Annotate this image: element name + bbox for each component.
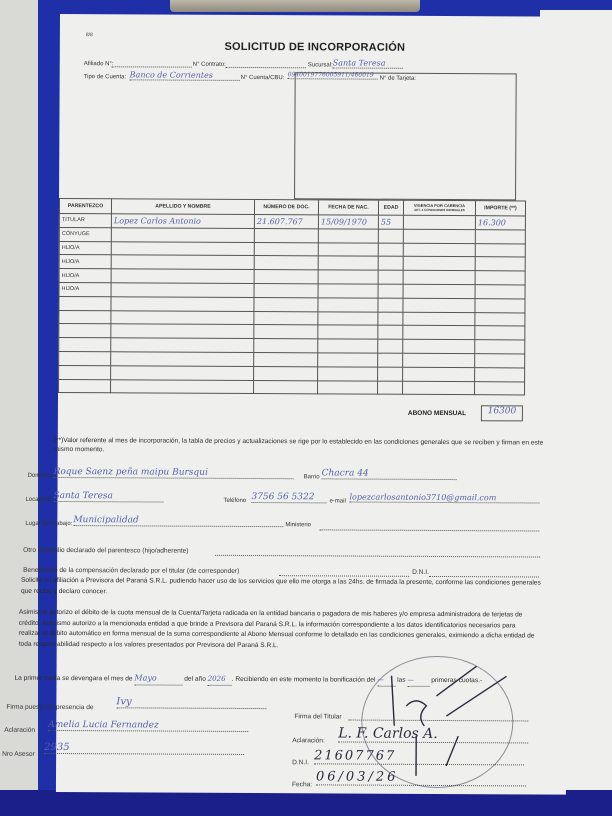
cuota-mes-field[interactable]: Mayo xyxy=(134,673,182,685)
barrio-label: Barrio xyxy=(304,474,320,480)
cell-fecha_nac[interactable] xyxy=(318,380,378,394)
cell-parentezco: TITULAR xyxy=(59,213,111,227)
sucursal-label: Sucursal: xyxy=(308,62,333,68)
cell-importe[interactable] xyxy=(475,381,525,395)
form-title: SOLICITUD DE INCORPORACIÓN xyxy=(60,40,570,55)
cell-parentezco xyxy=(59,296,111,310)
cell-vigencia[interactable] xyxy=(403,298,475,312)
cell-importe[interactable] xyxy=(475,271,525,285)
cell-nombre[interactable]: Lopez Carlos Antonio xyxy=(111,214,254,229)
table-row xyxy=(59,379,525,395)
abono-value[interactable]: 16300 xyxy=(481,405,523,421)
cell-nombre[interactable] xyxy=(111,379,254,394)
cell-parentezco xyxy=(59,379,111,393)
cell-importe[interactable] xyxy=(475,229,525,243)
contrato-field[interactable] xyxy=(226,67,306,68)
cell-importe[interactable] xyxy=(475,340,525,354)
abono-label: ABONO MENSUAL xyxy=(408,410,466,417)
beneficiario-dni-label: D.N.I. xyxy=(412,569,429,576)
photo-box xyxy=(294,72,517,200)
cell-edad[interactable] xyxy=(378,257,403,271)
page-marker: 8/8 xyxy=(86,32,93,38)
cell-fecha_nac[interactable] xyxy=(318,229,378,243)
cell-doc[interactable] xyxy=(254,380,318,394)
cell-nombre[interactable] xyxy=(111,366,254,381)
dni-label: D.N.I. xyxy=(292,759,309,766)
cell-vigencia[interactable] xyxy=(403,215,475,229)
cuota-text-1: La primer cuota se devengara el mes de xyxy=(15,675,133,683)
cell-doc[interactable] xyxy=(254,339,318,353)
cell-fecha_nac[interactable] xyxy=(318,284,378,298)
localidad-field[interactable]: Santa Teresa xyxy=(53,491,163,503)
cell-parentezco xyxy=(59,324,111,338)
trabajo-field[interactable]: Municipalidad xyxy=(73,515,283,527)
cell-doc[interactable] xyxy=(254,256,318,270)
cell-doc[interactable] xyxy=(254,242,318,256)
cell-edad[interactable] xyxy=(378,367,403,381)
cell-parentezco xyxy=(59,351,111,365)
cell-edad[interactable] xyxy=(378,339,403,353)
cell-doc[interactable] xyxy=(254,284,318,298)
cuota-text-2: del año xyxy=(184,676,206,683)
afiliado-label: Afiliado N°: xyxy=(84,61,114,67)
footnote: (**)Valor referente al mes de incorporac… xyxy=(54,436,544,457)
col-fecha-nac: FECHA DE NAC. xyxy=(318,200,378,215)
cell-nombre[interactable] xyxy=(111,352,254,367)
cell-nombre[interactable] xyxy=(111,338,254,353)
domicilio-label: Domicilio xyxy=(28,473,52,479)
cell-doc[interactable]: 21.607.767 xyxy=(254,215,318,229)
cell-importe[interactable] xyxy=(475,367,525,381)
email-label: e-mail xyxy=(329,498,345,504)
titular-signature-icon xyxy=(356,656,557,797)
otro-domicilio-field[interactable] xyxy=(215,555,540,558)
cell-parentezco: HIJO/A xyxy=(59,241,111,255)
cell-vigencia[interactable] xyxy=(403,339,475,353)
cell-vigencia[interactable] xyxy=(403,353,475,367)
asesor-label: Nro Asesor xyxy=(2,751,35,758)
cell-fecha_nac[interactable] xyxy=(318,298,378,312)
cell-doc[interactable] xyxy=(254,325,318,339)
cell-vigencia[interactable] xyxy=(403,312,475,326)
col-vigencia-label: VIGENCIA POR CARENCIA xyxy=(414,202,465,207)
col-nombre: APELLIDO Y NOMBRE xyxy=(111,199,254,215)
aclaracion-left-label: Aclaración xyxy=(4,727,35,734)
cell-parentezco: CÓNYUGE xyxy=(59,227,111,241)
col-importe: IMPORTE (**) xyxy=(475,201,525,216)
cell-importe[interactable] xyxy=(475,257,525,271)
cell-nombre[interactable] xyxy=(111,255,254,270)
family-table: PARENTEZCO APELLIDO Y NOMBRE NÚMERO DE D… xyxy=(58,198,526,396)
cell-parentezco: HIJO/A xyxy=(59,269,111,283)
cell-edad[interactable] xyxy=(378,284,403,298)
cell-importe[interactable]: 16.300 xyxy=(475,216,525,230)
tipo-cuenta-label: Tipo de Cuenta: xyxy=(84,74,127,80)
col-edad: EDAD xyxy=(378,200,403,215)
cell-importe[interactable] xyxy=(475,298,525,312)
cell-fecha_nac[interactable] xyxy=(318,311,378,325)
clipboard-clip xyxy=(170,0,420,12)
cell-fecha_nac[interactable]: 15/09/1970 xyxy=(318,215,378,229)
cell-edad[interactable] xyxy=(378,270,403,284)
presencia-field[interactable]: Ivy xyxy=(116,696,266,709)
cell-edad[interactable] xyxy=(378,381,403,395)
cell-doc[interactable] xyxy=(254,366,318,380)
asesor-field[interactable]: 2935 xyxy=(44,742,244,755)
cuota-text-3: . Recibiendo en este momento la bonifica… xyxy=(232,676,376,684)
cell-edad[interactable] xyxy=(378,312,403,326)
cell-doc[interactable] xyxy=(254,270,318,284)
cell-edad[interactable] xyxy=(378,243,403,257)
titular-label: Firma del Titular xyxy=(294,713,341,720)
cell-nombre[interactable] xyxy=(111,324,254,339)
cell-importe[interactable] xyxy=(475,326,525,340)
afiliado-field[interactable] xyxy=(112,66,192,67)
trabajo-label: Lugar de Trabajo: xyxy=(25,521,72,527)
cell-nombre[interactable] xyxy=(111,241,254,256)
cell-importe[interactable] xyxy=(475,312,525,326)
beneficiario-label: Beneficiario de la compensación declarad… xyxy=(23,567,239,575)
cuenta-cbu-label: N° Cuenta/CBU: xyxy=(241,75,285,81)
cell-fecha_nac[interactable] xyxy=(318,256,378,270)
telefono-field[interactable]: 3756 56 5322 xyxy=(251,492,326,503)
contrato-label: N° Contrato: xyxy=(193,62,226,68)
cell-fecha_nac[interactable] xyxy=(318,325,378,339)
sucursal-field[interactable]: Santa Teresa xyxy=(333,58,403,68)
col-parentezco: PARENTEZCO xyxy=(59,199,111,214)
cell-importe[interactable] xyxy=(475,354,525,368)
cell-vigencia[interactable] xyxy=(403,284,475,298)
col-vigencia: VIGENCIA POR CARENCIA ART. 4 CONDICIONES… xyxy=(403,200,475,215)
cell-importe[interactable] xyxy=(475,243,525,257)
fecha-label: Fecha: xyxy=(292,781,312,788)
paragraph-afiliacion: Solicito mi afiliación a Previsora del P… xyxy=(21,576,541,600)
cell-nombre[interactable] xyxy=(111,297,254,312)
cell-edad[interactable] xyxy=(378,229,403,243)
cell-nombre[interactable] xyxy=(111,283,254,298)
cell-vigencia[interactable] xyxy=(403,381,475,395)
aclaracion-left-field[interactable]: Amelia Lucia Fernandez xyxy=(48,720,248,732)
cuota-anio-field[interactable]: 2026 xyxy=(208,674,232,686)
cell-edad[interactable] xyxy=(378,326,403,340)
ministerio-label: Ministerio xyxy=(285,522,311,528)
cell-fecha_nac[interactable] xyxy=(318,367,378,381)
cell-doc[interactable] xyxy=(254,228,318,242)
cell-parentezco xyxy=(59,338,111,352)
cell-parentezco: HIJO/A xyxy=(59,282,111,296)
cell-vigencia[interactable] xyxy=(403,229,475,243)
cell-edad[interactable] xyxy=(378,353,403,367)
barrio-field[interactable]: Chacra 44 xyxy=(322,468,457,480)
cell-edad[interactable] xyxy=(378,298,403,312)
cell-fecha_nac[interactable] xyxy=(318,242,378,256)
aclaracion-right-label: Aclaración: xyxy=(292,737,325,744)
cell-nombre[interactable] xyxy=(111,310,254,325)
cell-parentezco xyxy=(59,365,111,379)
cell-edad[interactable]: 55 xyxy=(378,215,403,229)
cell-vigencia[interactable] xyxy=(403,243,475,257)
cell-parentezco: HIJO/A xyxy=(59,255,111,269)
cell-doc[interactable] xyxy=(254,311,318,325)
table-body: TITULARLopez Carlos Antonio21.607.76715/… xyxy=(59,213,526,395)
cell-doc[interactable] xyxy=(254,297,318,311)
cell-fecha_nac[interactable] xyxy=(318,270,378,284)
cell-vigencia[interactable] xyxy=(403,270,475,284)
cell-vigencia[interactable] xyxy=(403,367,475,381)
cell-fecha_nac[interactable] xyxy=(318,353,378,367)
cell-nombre[interactable] xyxy=(111,269,254,284)
cell-fecha_nac[interactable] xyxy=(318,339,378,353)
paragraph-debito: Asimismo autorizo el débito de la cuota … xyxy=(19,608,539,653)
ministerio-field[interactable] xyxy=(319,529,539,531)
cell-vigencia[interactable] xyxy=(403,326,475,340)
localidad-label: Localidad xyxy=(25,497,51,503)
otro-domicilio-label: Otro Domicilio declarado del parentesco … xyxy=(23,547,188,555)
cell-doc[interactable] xyxy=(254,352,318,366)
cell-parentezco xyxy=(59,310,111,324)
presencia-label: Firma puesta en presencia de xyxy=(6,704,93,711)
domicilio-field[interactable]: Roque Saenz peña maipu Bursqui xyxy=(54,467,294,479)
cell-vigencia[interactable] xyxy=(403,257,475,271)
form-page: 8/8 SOLICITUD DE INCORPORACIÓN Afiliado … xyxy=(56,14,570,795)
cell-importe[interactable] xyxy=(475,285,525,299)
cell-nombre[interactable] xyxy=(111,228,254,243)
col-vigencia-sub: ART. 4 CONDICIONES GENERALES xyxy=(414,208,465,212)
email-field[interactable]: lopezcarlosantonio3710@gmail.com xyxy=(349,493,539,504)
tipo-cuenta-field[interactable]: Banco de Corrientes xyxy=(130,70,240,81)
col-doc: NÚMERO DE DOC. xyxy=(254,200,318,215)
telefono-label: Teléfono xyxy=(223,498,246,504)
